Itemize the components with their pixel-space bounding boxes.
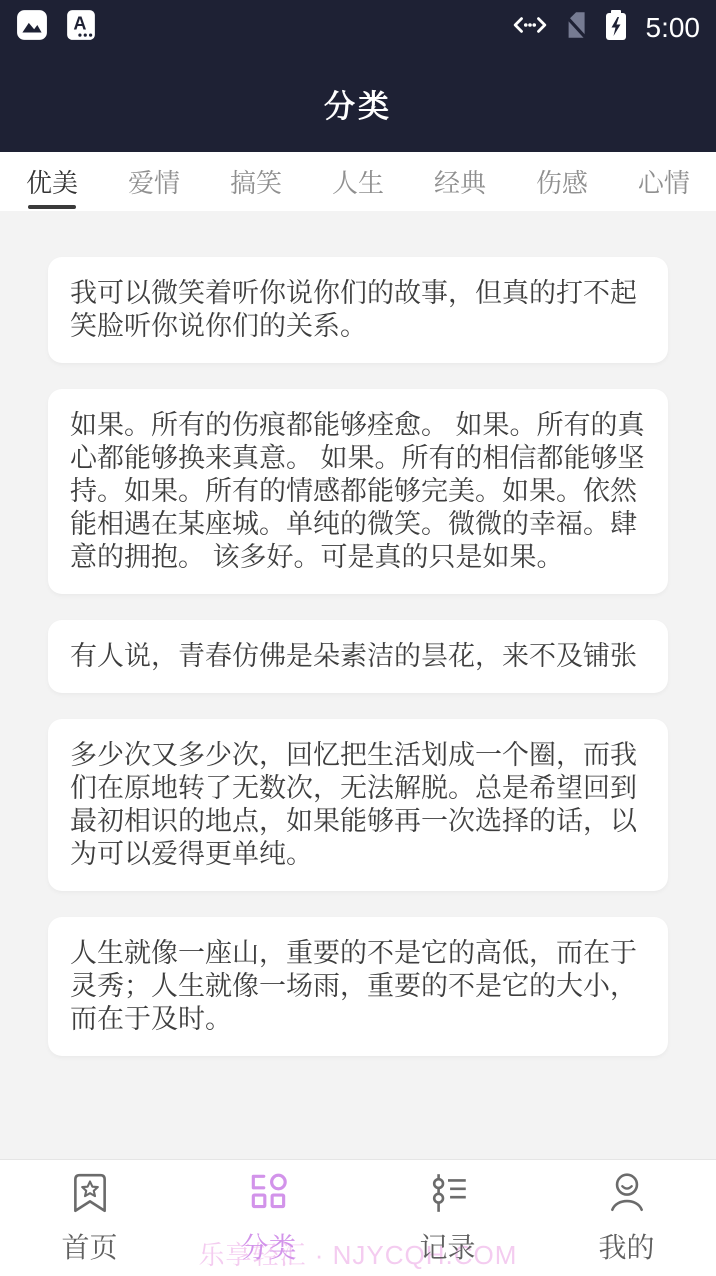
status-bar: A 5:00 [0, 0, 716, 55]
nav-item-home[interactable]: 首页 [0, 1160, 179, 1276]
no-sim-icon [560, 9, 590, 46]
app-screen: A 5:00 分类 优美 爱情 搞笑 [0, 0, 716, 1276]
active-tab-underline [28, 205, 76, 209]
developer-options-icon [512, 10, 548, 45]
tab-shanggan[interactable]: 伤感 [536, 152, 588, 211]
quote-text: 我可以微笑着听你说你们的故事，但真的打不起笑脸听你说你们的关系。 [70, 278, 637, 341]
tab-jingdian[interactable]: 经典 [434, 152, 486, 211]
svg-text:A: A [73, 13, 86, 33]
tab-youmei[interactable]: 优美 [26, 152, 78, 211]
category-grid-icon [246, 1170, 292, 1221]
quote-card[interactable]: 人生就像一座山，重要的不是它的高低，而在于灵秀；人生就像一场雨，重要的不是它的大… [48, 917, 668, 1056]
nav-label-category: 分类 [240, 1226, 296, 1266]
tab-label: 优美 [26, 163, 78, 200]
tab-xinqing[interactable]: 心情 [638, 152, 690, 211]
tab-gaoxiao[interactable]: 搞笑 [230, 152, 282, 211]
tab-label: 人生 [332, 163, 384, 200]
nav-label-profile: 我的 [598, 1226, 654, 1266]
quote-card[interactable]: 有人说，青春仿佛是朵素洁的昙花，来不及铺张 [48, 620, 668, 693]
quote-text: 人生就像一座山，重要的不是它的高低，而在于灵秀；人生就像一场雨，重要的不是它的大… [70, 938, 637, 1034]
status-bar-left: A [16, 9, 96, 46]
bottom-nav: 乐享轻汇 · NJYCQH.COM 首页 分类 记录 我的 [0, 1159, 716, 1276]
tab-label: 经典 [434, 163, 486, 200]
nav-item-category[interactable]: 分类 [179, 1160, 358, 1276]
tab-aiqing[interactable]: 爱情 [128, 152, 180, 211]
quote-text: 如果。所有的伤痕都能够痊愈。 如果。所有的真心都能够换来真意。 如果。所有的相信… [70, 410, 645, 572]
nav-item-record[interactable]: 记录 [358, 1160, 537, 1276]
quote-list: 我可以微笑着听你说你们的故事，但真的打不起笑脸听你说你们的关系。 如果。所有的伤… [0, 211, 716, 1159]
tab-label: 搞笑 [230, 163, 282, 200]
photo-icon [16, 9, 48, 46]
quote-text: 多少次又多少次，回忆把生活划成一个圈，而我们在原地转了无数次，无法解脱。总是希望… [70, 740, 637, 869]
status-bar-right: 5:00 [512, 8, 701, 47]
page-title: 分类 [324, 81, 392, 126]
category-tab-bar: 优美 爱情 搞笑 人生 经典 伤感 心情 [0, 152, 716, 211]
quote-card[interactable]: 多少次又多少次，回忆把生活划成一个圈，而我们在原地转了无数次，无法解脱。总是希望… [48, 719, 668, 891]
record-list-icon [425, 1170, 471, 1221]
nav-item-profile[interactable]: 我的 [537, 1160, 716, 1276]
status-time: 5:00 [646, 12, 701, 44]
tab-label: 伤感 [536, 163, 588, 200]
nav-label-home: 首页 [61, 1226, 117, 1266]
quote-card[interactable]: 如果。所有的伤痕都能够痊愈。 如果。所有的真心都能够换来真意。 如果。所有的相信… [48, 389, 668, 594]
tab-rensheng[interactable]: 人生 [332, 152, 384, 211]
tab-label: 心情 [638, 163, 690, 200]
nav-label-record: 记录 [419, 1226, 475, 1266]
battery-charging-icon [602, 8, 630, 47]
home-bookmark-icon [67, 1170, 113, 1221]
input-method-icon: A [66, 9, 96, 46]
quote-text: 有人说，青春仿佛是朵素洁的昙花，来不及铺张 [70, 641, 637, 671]
quote-card[interactable]: 我可以微笑着听你说你们的故事，但真的打不起笑脸听你说你们的关系。 [48, 257, 668, 363]
page-header: 分类 [0, 55, 716, 152]
tab-label: 爱情 [128, 163, 180, 200]
profile-icon [604, 1170, 650, 1221]
